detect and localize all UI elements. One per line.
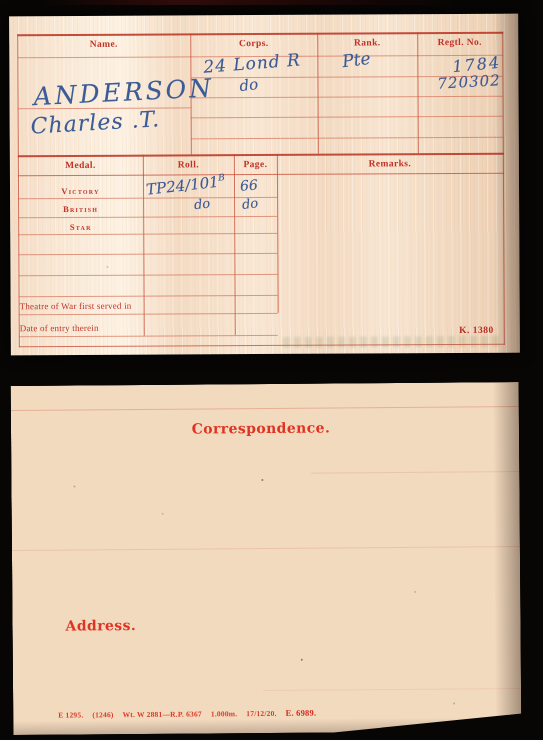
section-divider [18, 153, 504, 158]
row-line [191, 137, 503, 140]
remarks-header-label: Remarks. [277, 160, 503, 171]
address-heading: Address. [65, 619, 136, 634]
star-medal-label: Star [18, 223, 143, 232]
medal-row-line [18, 233, 277, 235]
medal-row-line [19, 295, 278, 297]
victory-medal-label: Victory [18, 187, 143, 196]
medal-row-line [18, 253, 277, 255]
surname-handwriting: ANDERSON [33, 75, 215, 109]
british-roll-ditto: do [193, 197, 210, 212]
corps-handwriting: 24 Lond R [203, 52, 302, 76]
back-ruled-line [12, 546, 520, 551]
medal-card-front: Name. Corps. Rank. Regtl. No. ANDERSON C… [9, 14, 520, 356]
rank-handwriting: Pte [341, 51, 371, 71]
row-line [191, 96, 503, 99]
roll-superscript: B [218, 173, 226, 184]
footer-part: 1.000m. [211, 710, 237, 718]
divider-rank-regtl [417, 32, 419, 153]
footer-code: E. 6989. [286, 709, 317, 718]
victory-roll-handwriting: TP24/101B [145, 174, 226, 198]
roll-header-label: Roll. [143, 161, 234, 171]
back-ruled-line [263, 688, 521, 691]
correspondence-heading: Correspondence. [11, 420, 511, 438]
date-of-entry-label: Date of entry therein [20, 324, 99, 333]
medal-header-label: Medal. [18, 162, 143, 172]
medal-row-line [18, 274, 277, 276]
footer-part: Wt. W 2881—R.P. 6367 [123, 711, 202, 719]
theatre-underline [19, 313, 278, 315]
british-medal-label: British [18, 205, 143, 214]
back-ruled-line [11, 406, 519, 411]
name-column-label: Name. [17, 40, 190, 50]
rank-column-label: Rank. [317, 39, 417, 49]
british-page-ditto: do [241, 197, 258, 212]
page-header-label: Page. [234, 161, 277, 171]
back-edge-shadow [493, 382, 522, 731]
regtl-no-2-handwriting: 720302 [437, 73, 501, 92]
forename-handwriting: Charles .T. [30, 109, 160, 138]
row-line [191, 116, 503, 119]
divider-roll-page [234, 154, 236, 335]
medal-card-back: Correspondence. Address. E 1295. (1246) … [11, 382, 522, 735]
back-bottom-shadow [13, 717, 521, 735]
medal-row-line [18, 216, 277, 218]
date-underline [19, 335, 278, 337]
footer-part: (1246) [92, 711, 113, 719]
regtl-column-label: Regtl. No. [417, 39, 502, 49]
theatre-of-war-label: Theatre of War first served in [20, 302, 132, 312]
medal-header-underline [18, 173, 504, 177]
front-top-border [17, 32, 503, 37]
corps-ditto-handwriting: do [239, 77, 259, 94]
footer-part: 17/12/20. [246, 710, 276, 718]
roll-value: TP24/101 [145, 173, 219, 199]
card-ref-code: K. 1380 [411, 326, 494, 336]
divider-corps-rank [317, 33, 319, 154]
front-right-border [502, 32, 505, 345]
faint-stamp-mark [283, 336, 499, 348]
corps-column-label: Corps. [190, 40, 317, 50]
print-footer: E 1295. (1246) Wt. W 2881—R.P. 6367 1.00… [58, 709, 316, 720]
footer-part: E 1295. [58, 711, 83, 719]
scanned-medal-index-card-page: Name. Corps. Rank. Regtl. No. ANDERSON C… [0, 0, 543, 740]
back-ruled-line [311, 471, 519, 474]
victory-page-handwriting: 66 [240, 178, 259, 193]
